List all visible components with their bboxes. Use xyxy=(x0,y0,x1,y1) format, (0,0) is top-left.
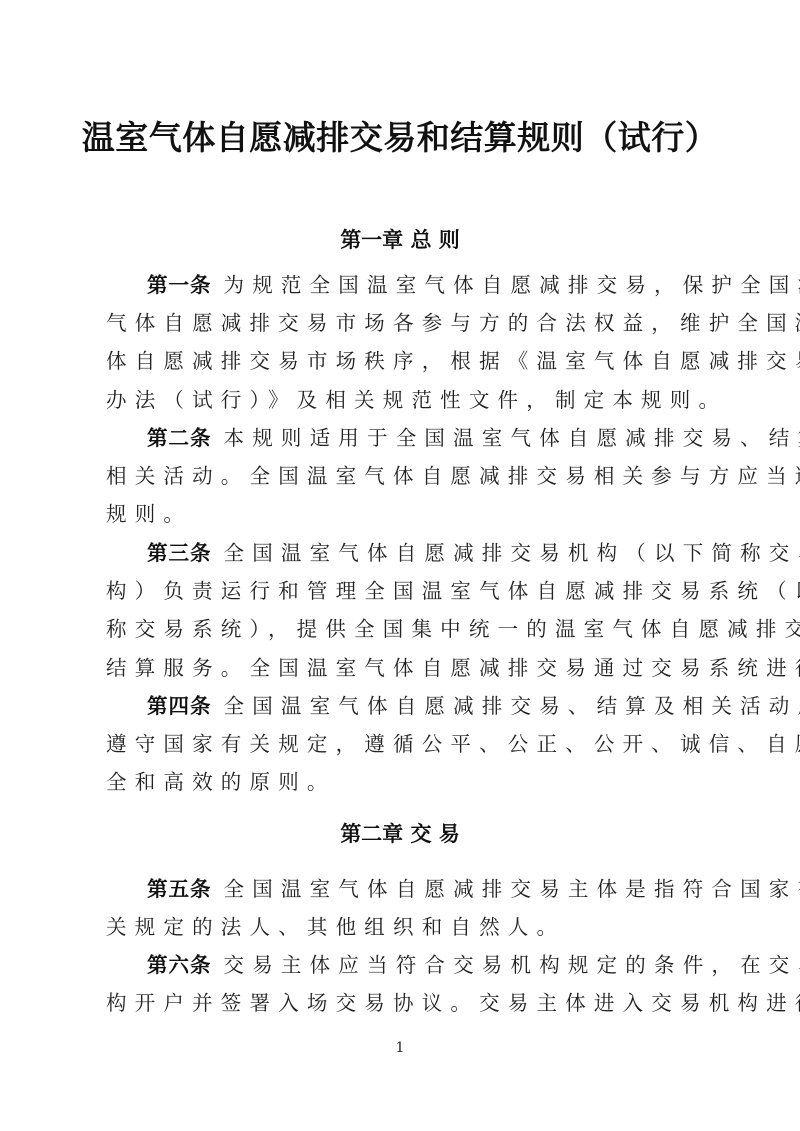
article-3-line-2: 构）负责运行和管理全国温室气体自愿减排交易系统（以下简 xyxy=(106,572,700,610)
article-5: 第五条全国温室气体自愿减排交易主体是指符合国家有 关规定的法人、其他组织和自然人… xyxy=(106,870,700,946)
article-4-line-2: 遵守国家有关规定，遵循公平、公正、公开、诚信、自愿、安 xyxy=(106,725,700,763)
article-label: 第六条 xyxy=(147,953,212,977)
article-2-line-2: 相关活动。全国温室气体自愿减排交易相关参与方应当遵守本 xyxy=(106,457,700,495)
chapter-heading-2: 第二章 交 易 xyxy=(0,818,800,848)
article-1-line-1: 第一条为规范全国温室气体自愿减排交易，保护全国温室 xyxy=(106,266,700,304)
article-label: 第五条 xyxy=(147,877,212,901)
chapter-heading-1: 第一章 总 则 xyxy=(0,224,800,254)
article-4-line-3: 全和高效的原则。 xyxy=(106,763,700,801)
article-4-line-1: 第四条全国温室气体自愿减排交易、结算及相关活动应当 xyxy=(106,687,700,725)
article-1-line-4: 办法（试行）》及相关规范性文件，制定本规则。 xyxy=(106,381,700,419)
article-label: 第四条 xyxy=(147,694,212,718)
article-6: 第六条交易主体应当符合交易机构规定的条件，在交易机 构开户并签署入场交易协议。交… xyxy=(106,946,700,1022)
article-3-line-4: 结算服务。全国温室气体自愿减排交易通过交易系统进行。 xyxy=(106,649,700,687)
article-6-line-2: 构开户并签署入场交易协议。交易主体进入交易机构进行全国 xyxy=(106,984,700,1022)
document-title: 温室气体自愿减排交易和结算规则（试行） xyxy=(0,112,800,159)
article-2-line-1: 第二条本规则适用于全国温室气体自愿减排交易、结算及 xyxy=(106,419,700,457)
page-number: 1 xyxy=(0,1040,800,1056)
article-1-line-3: 体自愿减排交易市场秩序，根据《温室气体自愿减排交易管理 xyxy=(106,342,700,380)
article-1-line-2: 气体自愿减排交易市场各参与方的合法权益，维护全国温室气 xyxy=(106,304,700,342)
article-5-line-1: 第五条全国温室气体自愿减排交易主体是指符合国家有 xyxy=(106,870,700,908)
article-3: 第三条全国温室气体自愿减排交易机构（以下简称交易机 构）负责运行和管理全国温室气… xyxy=(106,534,700,687)
article-1: 第一条为规范全国温室气体自愿减排交易，保护全国温室 气体自愿减排交易市场各参与方… xyxy=(106,266,700,419)
article-label: 第一条 xyxy=(147,273,212,297)
article-2-line-3: 规则。 xyxy=(106,495,700,533)
article-6-line-1: 第六条交易主体应当符合交易机构规定的条件，在交易机 xyxy=(106,946,700,984)
article-label: 第二条 xyxy=(147,426,212,450)
article-label: 第三条 xyxy=(147,541,212,565)
article-3-line-1: 第三条全国温室气体自愿减排交易机构（以下简称交易机 xyxy=(106,534,700,572)
document-page: 温室气体自愿减排交易和结算规则（试行） 第一章 总 则 第一条为规范全国温室气体… xyxy=(0,0,800,1131)
article-3-line-3: 称交易系统），提供全国集中统一的温室气体自愿减排交易与 xyxy=(106,610,700,648)
article-5-line-2: 关规定的法人、其他组织和自然人。 xyxy=(106,908,700,946)
article-4: 第四条全国温室气体自愿减排交易、结算及相关活动应当 遵守国家有关规定，遵循公平、… xyxy=(106,687,700,802)
article-2: 第二条本规则适用于全国温室气体自愿减排交易、结算及 相关活动。全国温室气体自愿减… xyxy=(106,419,700,534)
